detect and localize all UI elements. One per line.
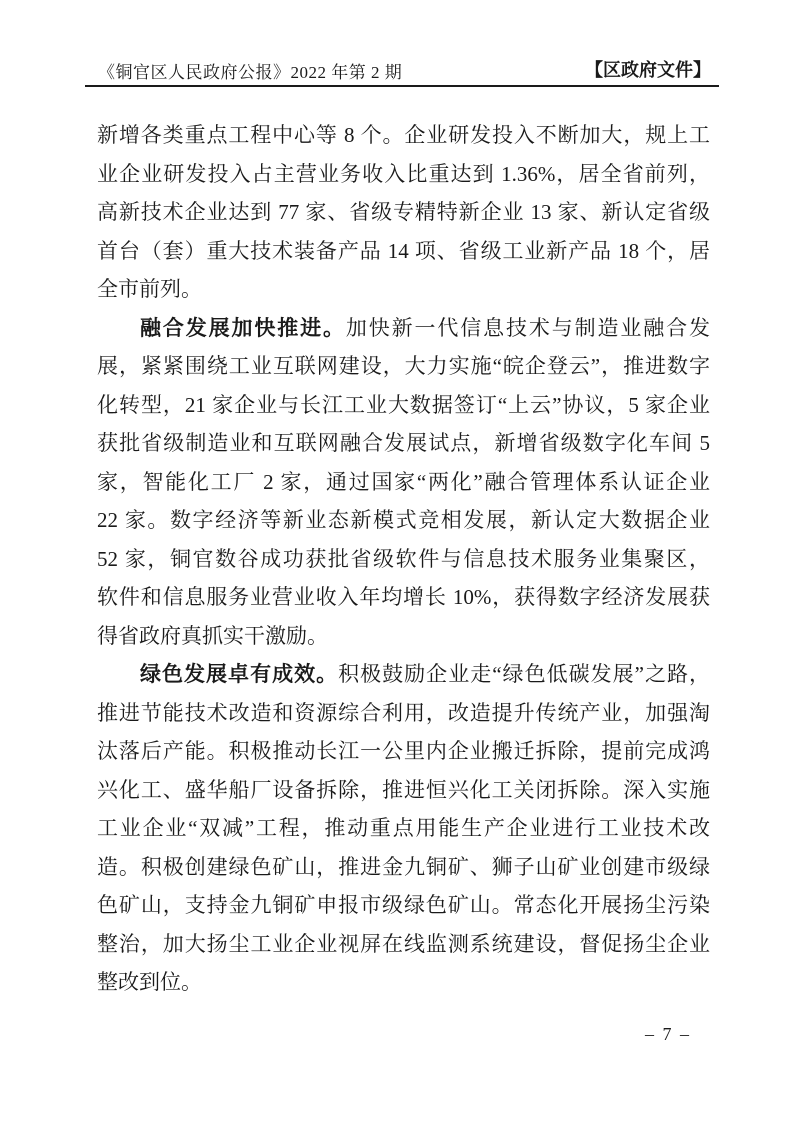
paragraph-lead: 绿色发展卓有成效。: [140, 662, 338, 686]
text-line: 家，智能化工厂 2 家，通过国家“两化”融合管理体系认证企业: [97, 463, 710, 502]
text-line: 业企业研发投入占主营业务收入比重达到 1.36%，居全省前列，: [97, 155, 710, 194]
text-line: 推进节能技术改造和资源综合利用，改造提升传统产业，加强淘: [97, 694, 710, 733]
text-line: 全市前列。: [97, 270, 710, 309]
text-line: 获批省级制造业和互联网融合发展试点，新增省级数字化车间 5: [97, 424, 710, 463]
text-line: 整治，加大扬尘工业企业视屏在线监测系统建设，督促扬尘企业: [97, 925, 710, 964]
text-line: 工业企业“双减”工程，推动重点用能生产企业进行工业技术改: [97, 809, 710, 848]
text-line: 新增各类重点工程中心等 8 个。企业研发投入不断加大，规上工: [97, 116, 710, 155]
text-line: 绿色发展卓有成效。积极鼓励企业走“绿色低碳发展”之路，: [97, 655, 710, 694]
text-line: 整改到位。: [97, 963, 710, 1002]
text-line: 展，紧紧围绕工业互联网建设，大力实施“皖企登云”，推进数字: [97, 347, 710, 386]
text-line: 首台（套）重大技术装备产品 14 项、省级工业新产品 18 个，居: [97, 232, 710, 271]
page-number: – 7 –: [613, 1024, 723, 1045]
header-rule: [85, 85, 719, 87]
text-line: 色矿山，支持金九铜矿申报市级绿色矿山。常态化开展扬尘污染: [97, 886, 710, 925]
text-line: 融合发展加快推进。加快新一代信息技术与制造业融合发: [97, 309, 710, 348]
text-line: 22 家。数字经济等新业态新模式竞相发展，新认定大数据企业: [97, 501, 710, 540]
text-line: 高新技术企业达到 77 家、省级专精特新企业 13 家、新认定省级: [97, 193, 710, 232]
paragraph-lead: 融合发展加快推进。: [140, 316, 346, 340]
body-text: 新增各类重点工程中心等 8 个。企业研发投入不断加大，规上工 业企业研发投入占主…: [97, 116, 710, 1002]
text-line: 软件和信息服务业营业收入年均增长 10%，获得数字经济发展获: [97, 578, 710, 617]
paragraph-lead-rest: 加快新一代信息技术与制造业融合发: [346, 316, 710, 340]
text-line: 造。积极创建绿色矿山，推进金九铜矿、狮子山矿业创建市级绿: [97, 848, 710, 887]
text-line: 汰落后产能。积极推动长江一公里内企业搬迁拆除，提前完成鸿: [97, 732, 710, 771]
text-line: 兴化工、盛华船厂设备拆除，推进恒兴化工关闭拆除。深入实施: [97, 771, 710, 810]
paragraph-lead-rest: 积极鼓励企业走“绿色低碳发展”之路，: [338, 662, 710, 686]
text-line: 得省政府真抓实干激励。: [97, 617, 710, 656]
header-doc-category: 【区政府文件】: [585, 56, 711, 82]
text-line: 化转型，21 家企业与长江工业大数据签订“上云”协议，5 家企业: [97, 386, 710, 425]
gazette-page: 《铜官区人民政府公报》2022 年第 2 期 【区政府文件】 新增各类重点工程中…: [0, 0, 793, 1122]
header-gazette-title: 《铜官区人民政府公报》2022 年第 2 期: [98, 58, 402, 83]
text-line: 52 家，铜官数谷成功获批省级软件与信息技术服务业集聚区，: [97, 540, 710, 579]
